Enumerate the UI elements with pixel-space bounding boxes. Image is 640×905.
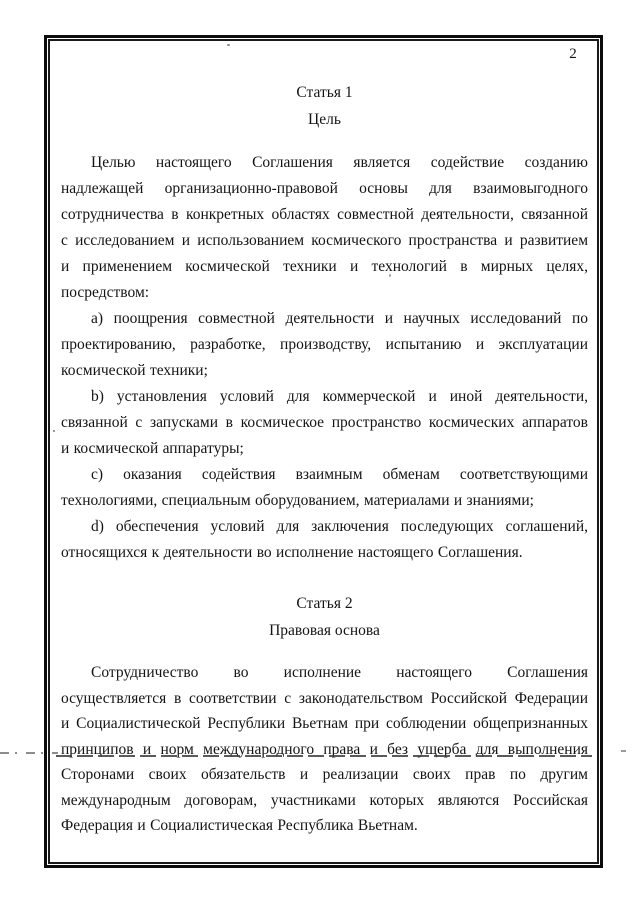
paragraph-line: принципов и норм международного права и … xyxy=(61,737,588,763)
scan-artifact-dash-line-right xyxy=(621,750,626,752)
paragraph-line: и применением космической техники и техн… xyxy=(61,254,588,280)
paragraph-line: с исследованием и использованием космиче… xyxy=(61,228,588,254)
paragraph-line: надлежащей организационно-правовой основ… xyxy=(61,176,588,202)
paragraph-line: международным договорам, участниками кот… xyxy=(61,788,588,814)
paragraph-line: посредством: xyxy=(61,280,588,306)
article1-item-d: d) обеспечения условий для заключения по… xyxy=(61,514,588,566)
scan-speck xyxy=(389,274,391,277)
article1-item-c: c) оказания содействия взаимным обменам … xyxy=(61,462,588,514)
paragraph-line: относящихся к деятельности во исполнение… xyxy=(61,540,588,566)
paragraph-line: и Социалистической Республики Вьетнам пр… xyxy=(61,711,588,737)
paragraph-line: осуществляется в соответствии с законода… xyxy=(61,686,588,712)
paragraph-line: b) установления условий для коммерческой… xyxy=(61,384,588,410)
paragraph-line: Сторонами своих обязательств и реализаци… xyxy=(61,762,588,788)
page-number: 2 xyxy=(560,46,586,63)
paragraph-line: c) оказания содействия взаимным обменам … xyxy=(61,462,588,488)
scan-speck xyxy=(53,430,55,432)
article1-intro-paragraph: Целью настоящего Соглашения является сод… xyxy=(61,150,588,306)
article1-item-a: a) поощрения совместной деятельности и н… xyxy=(61,306,588,384)
paragraph-line: проектированию, разработке, производству… xyxy=(61,332,588,358)
article1-subheading: Цель xyxy=(61,110,588,130)
article1-item-b: b) установления условий для коммерческой… xyxy=(61,384,588,462)
scan-artifact-dash-line-main xyxy=(56,755,592,757)
paragraph-line: a) поощрения совместной деятельности и н… xyxy=(61,306,588,332)
paragraph-line: и космической аппаратуры; xyxy=(61,436,588,462)
paragraph-line: Федерация и Социалистическая Республика … xyxy=(61,813,588,839)
article2-subheading: Правовая основа xyxy=(61,621,588,641)
paragraph-line: связанной с запусками в космическое прос… xyxy=(61,410,588,436)
scan-speck xyxy=(227,44,230,46)
paragraph-line: Сотрудничество во исполнение настоящего … xyxy=(61,660,588,686)
paragraph-line: технологиями, специальным оборудованием,… xyxy=(61,488,588,514)
article2-paragraph: Сотрудничество во исполнение настоящего … xyxy=(61,660,588,839)
paragraph-line: d) обеспечения условий для заключения по… xyxy=(61,514,588,540)
article2-heading: Статья 2 xyxy=(61,594,588,614)
scan-artifact-dash-line-left xyxy=(0,752,58,754)
paragraph-line: космической техники; xyxy=(61,358,588,384)
paragraph-line: Целью настоящего Соглашения является сод… xyxy=(61,150,588,176)
paragraph-line: сотрудничества в конкретных областях сов… xyxy=(61,202,588,228)
article1-heading: Статья 1 xyxy=(61,83,588,103)
